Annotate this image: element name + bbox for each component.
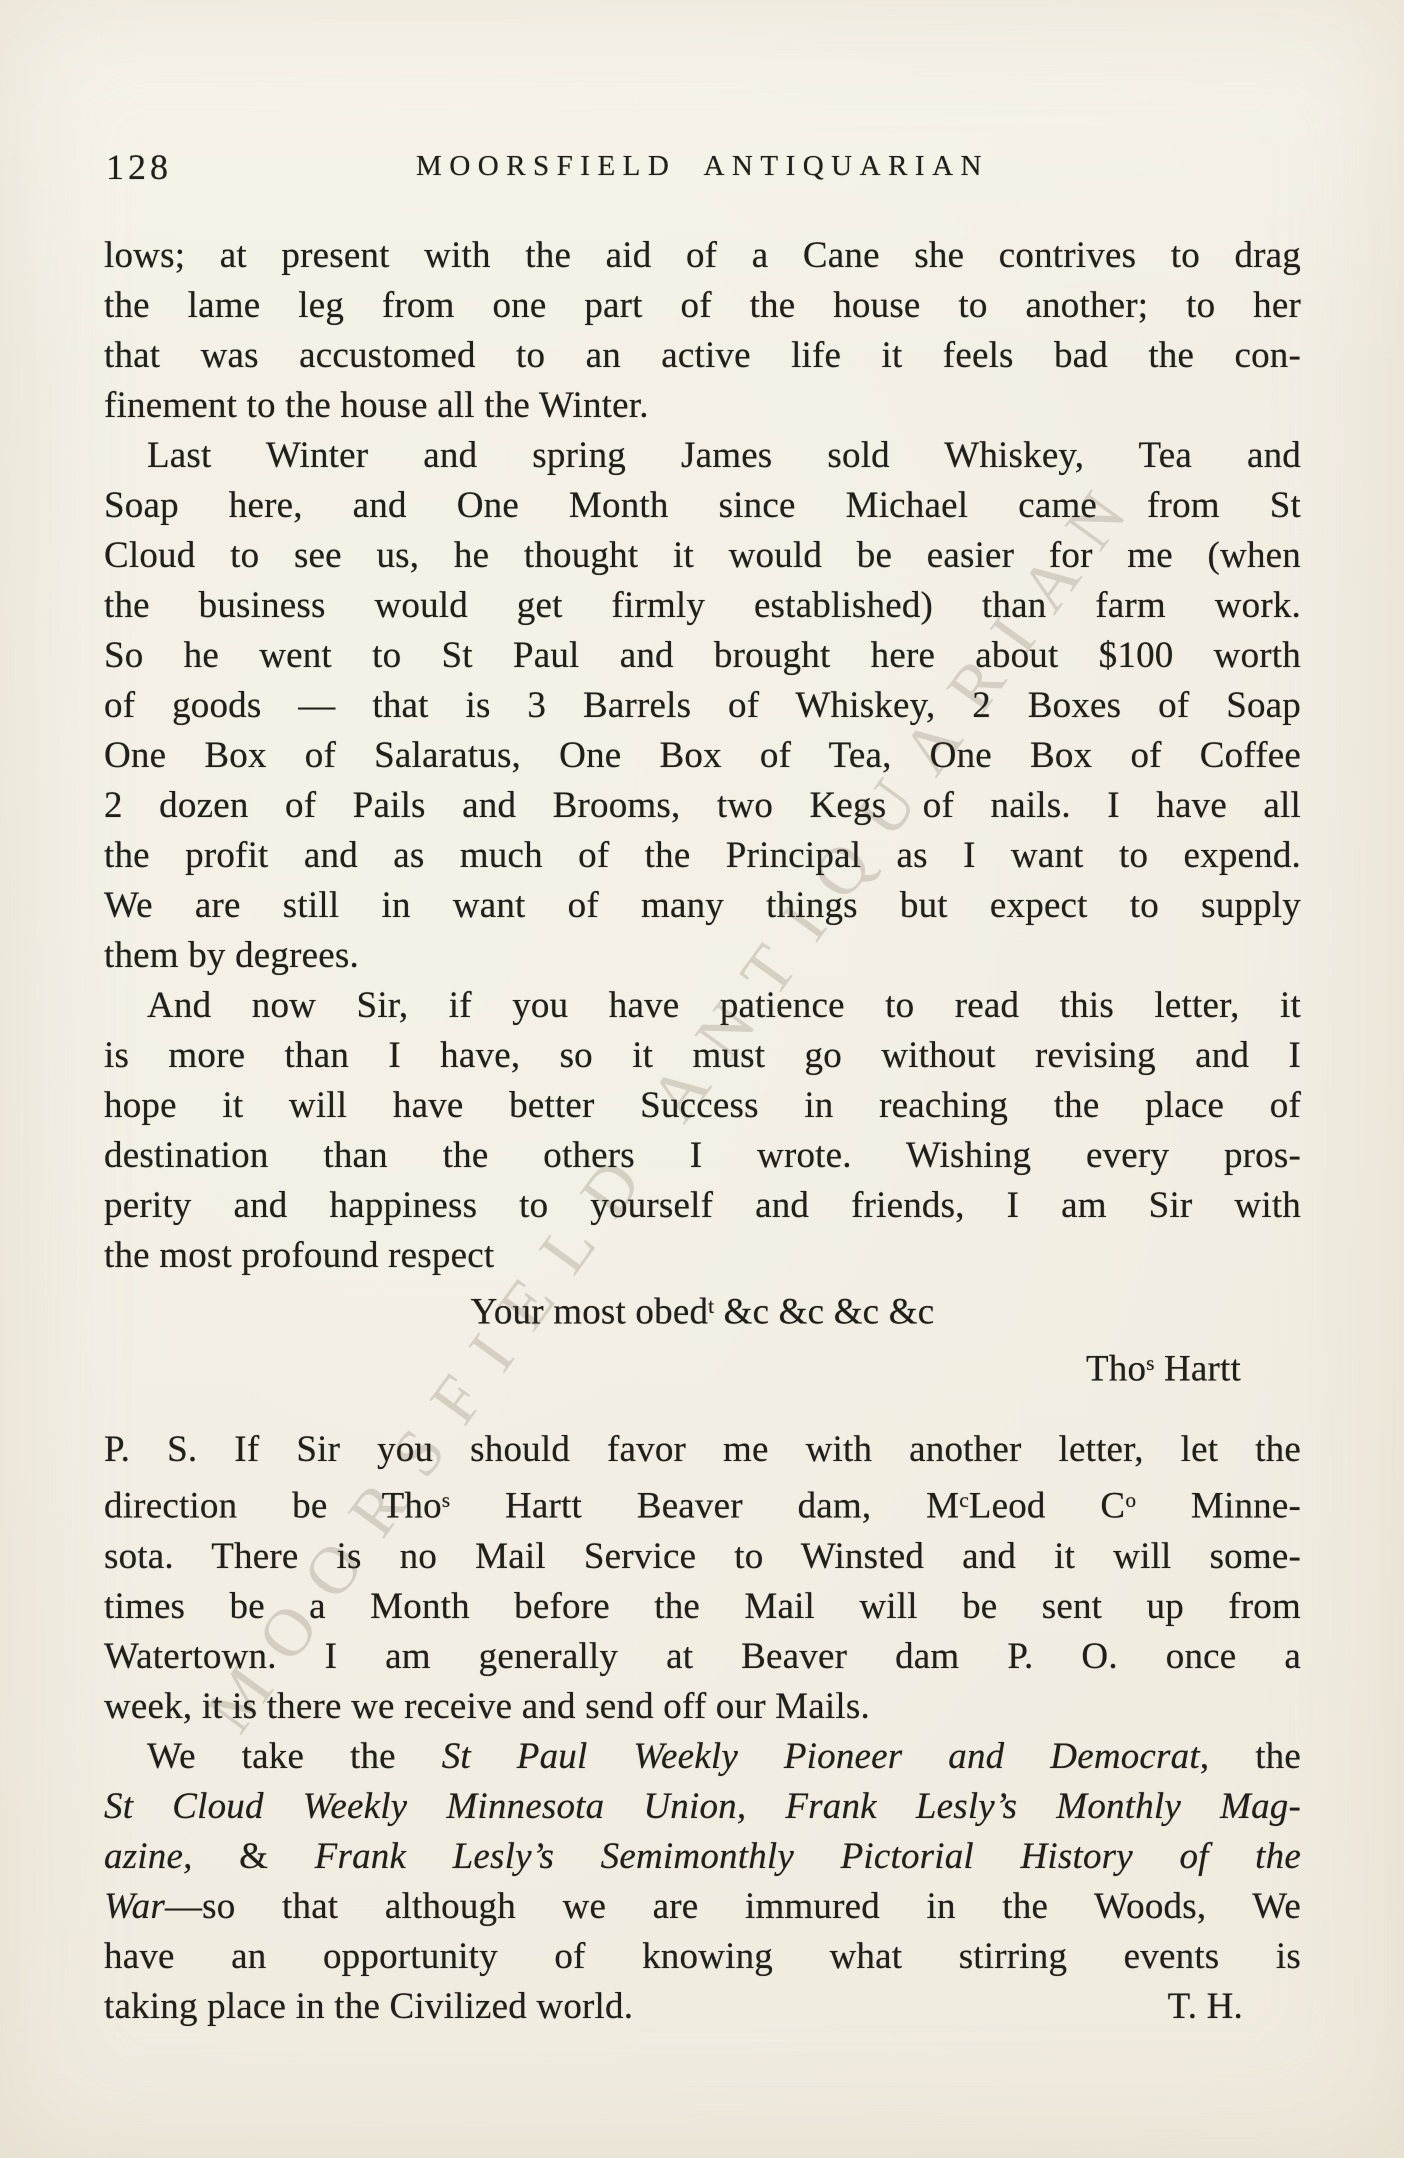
text-segment: of goods — that is 3 Barrels of Whiskey,…	[104, 685, 1301, 726]
text-segment: &c &c &c &c	[714, 1292, 934, 1333]
text-line: the most profound respect	[104, 1231, 1301, 1281]
author-initials: T. H.	[1168, 1982, 1243, 2032]
text-line: taking place in the Civilized world.T. H…	[104, 1982, 1301, 2032]
text-segment: So he went to St Paul and brought here a…	[104, 635, 1301, 676]
text-segment: taking place in the Civilized world.	[104, 1986, 633, 2027]
text-segment: Hartt	[1155, 1348, 1241, 1389]
text-line: direction be Thos Hartt Beaver dam, McLe…	[104, 1475, 1301, 1532]
text-line: 2 dozen of Pails and Brooms, two Kegs of…	[104, 781, 1301, 831]
text-segment: Tho	[1086, 1348, 1146, 1389]
text-line: We take the St Paul Weekly Pioneer and D…	[104, 1732, 1301, 1782]
running-head: 128 MOORSFIELD ANTIQUARIAN	[104, 143, 1301, 187]
text-segment: Cloud to see us, he thought it would be …	[104, 535, 1301, 576]
text-segment: Your most obed	[471, 1292, 709, 1333]
text-segment: And now Sir, if you have patience to rea…	[147, 985, 1301, 1026]
text-segment: sota. There is no Mail Service to Winste…	[104, 1536, 1301, 1577]
text-segment: We are still in want of many things but …	[104, 885, 1301, 926]
text-segment: —so that although we are immured in the …	[165, 1886, 1301, 1927]
running-head-title: MOORSFIELD ANTIQUARIAN	[104, 143, 1301, 183]
text-line: the business would get firmly establishe…	[104, 581, 1301, 631]
text-segment: have an opportunity of knowing what stir…	[104, 1936, 1301, 1977]
text-line: times be a Month before the Mail will be…	[104, 1582, 1301, 1632]
text-segment: is more than I have, so it must go witho…	[104, 1035, 1301, 1076]
text-segment: that was accustomed to an active life it…	[104, 335, 1301, 376]
text-line: destination than the others I wrote. Wis…	[104, 1131, 1301, 1181]
text-segment: the business would get firmly establishe…	[104, 585, 1301, 626]
text-segment: finement to the house all the Winter.	[104, 385, 649, 426]
text-line: One Box of Salaratus, One Box of Tea, On…	[104, 731, 1301, 781]
text-segment: them by degrees.	[104, 935, 359, 976]
text-segment: destination than the others I wrote. Wis…	[104, 1135, 1301, 1176]
text-line: War—so that although we are immured in t…	[104, 1882, 1301, 1932]
text-line: Your most obedt &c &c &c &c	[104, 1281, 1301, 1338]
text-line: is more than I have, so it must go witho…	[104, 1031, 1301, 1081]
valediction: Your most obedt &c &c &c &c	[104, 1281, 1301, 1338]
superscript-abbreviation: o	[1125, 1488, 1136, 1512]
book-page: MOORSFIELD ANTIQUARIAN 128 MOORSFIELD AN…	[0, 0, 1404, 2158]
text-line: Thos Hartt	[104, 1338, 1301, 1395]
postscript: P. S. If Sir you should favor me with an…	[104, 1425, 1301, 1732]
paragraph-2: Last Winter and spring James sold Whiske…	[104, 431, 1301, 981]
publication-title: Frank Lesly’s Semimonthly Pictorial Hist…	[315, 1836, 1301, 1877]
text-line: Cloud to see us, he thought it would be …	[104, 531, 1301, 581]
text-segment: P. S. If Sir you should favor me with an…	[104, 1429, 1301, 1470]
text-segment: the lame leg from one part of the house …	[104, 285, 1301, 326]
paragraph-3: And now Sir, if you have patience to rea…	[104, 981, 1301, 1281]
text-line: sota. There is no Mail Service to Winste…	[104, 1532, 1301, 1582]
text-line: Last Winter and spring James sold Whiske…	[104, 431, 1301, 481]
text-line: them by degrees.	[104, 931, 1301, 981]
superscript-abbreviation: s	[442, 1488, 450, 1512]
text-segment: the profit and as much of the Principal …	[104, 835, 1301, 876]
page-number: 128	[106, 146, 172, 188]
text-line: the profit and as much of the Principal …	[104, 831, 1301, 881]
text-segment: times be a Month before the Mail will be…	[104, 1586, 1301, 1627]
text-segment: lows; at present with the aid of a Cane …	[104, 235, 1301, 276]
text-line: Soap here, and One Month since Michael c…	[104, 481, 1301, 531]
text-segment: Minne-	[1136, 1486, 1301, 1527]
text-segment: the most profound respect	[104, 1235, 494, 1276]
text-line: azine, & Frank Lesly’s Semimonthly Picto…	[104, 1832, 1301, 1882]
text-line: So he went to St Paul and brought here a…	[104, 631, 1301, 681]
text-segment: Last Winter and spring James sold Whiske…	[147, 435, 1301, 476]
publication-title: azine,	[104, 1836, 239, 1877]
text-line: Watertown. I am generally at Beaver dam …	[104, 1632, 1301, 1682]
paragraph-1: lows; at present with the aid of a Cane …	[104, 231, 1301, 431]
text-line: that was accustomed to an active life it…	[104, 331, 1301, 381]
text-line: of goods — that is 3 Barrels of Whiskey,…	[104, 681, 1301, 731]
text-segment: perity and happiness to yourself and fri…	[104, 1185, 1301, 1226]
superscript-abbreviation: s	[1146, 1351, 1154, 1375]
paragraph-4: We take the St Paul Weekly Pioneer and D…	[104, 1732, 1301, 2032]
text-line: lows; at present with the aid of a Cane …	[104, 231, 1301, 281]
text-segment: One Box of Salaratus, One Box of Tea, On…	[104, 735, 1301, 776]
publication-title: War	[104, 1886, 165, 1927]
text-line: have an opportunity of knowing what stir…	[104, 1932, 1301, 1982]
text-line: We are still in want of many things but …	[104, 881, 1301, 931]
text-segment: Watertown. I am generally at Beaver dam …	[104, 1636, 1301, 1677]
text-line: week, it is there we receive and send of…	[104, 1682, 1301, 1732]
text-line: hope it will have better Success in reac…	[104, 1081, 1301, 1131]
text-line: P. S. If Sir you should favor me with an…	[104, 1425, 1301, 1475]
text-segment: We take the	[147, 1736, 442, 1777]
publication-title: St Paul Weekly Pioneer and Democrat	[442, 1736, 1200, 1777]
superscript-abbreviation: c	[959, 1488, 969, 1512]
text-segment: Leod C	[969, 1486, 1126, 1527]
text-segment: , the	[1200, 1736, 1301, 1777]
text-segment: hope it will have better Success in reac…	[104, 1085, 1301, 1126]
text-line: the lame leg from one part of the house …	[104, 281, 1301, 331]
text-segment: &	[239, 1836, 315, 1877]
text-segment: week, it is there we receive and send of…	[104, 1686, 870, 1727]
text-segment: 2 dozen of Pails and Brooms, two Kegs of…	[104, 785, 1301, 826]
text-line: finement to the house all the Winter.	[104, 381, 1301, 431]
text-segment: Soap here, and One Month since Michael c…	[104, 485, 1301, 526]
publication-title: St Cloud Weekly Minnesota Union, Frank L…	[104, 1786, 1301, 1827]
text-line: St Cloud Weekly Minnesota Union, Frank L…	[104, 1782, 1301, 1832]
text-segment: Hartt Beaver dam, M	[450, 1486, 959, 1527]
text-segment: direction be Tho	[104, 1486, 442, 1527]
letter-body: lows; at present with the aid of a Cane …	[104, 231, 1301, 2032]
text-line: perity and happiness to yourself and fri…	[104, 1181, 1301, 1231]
signature: Thos Hartt	[104, 1338, 1301, 1395]
text-line: And now Sir, if you have patience to rea…	[104, 981, 1301, 1031]
